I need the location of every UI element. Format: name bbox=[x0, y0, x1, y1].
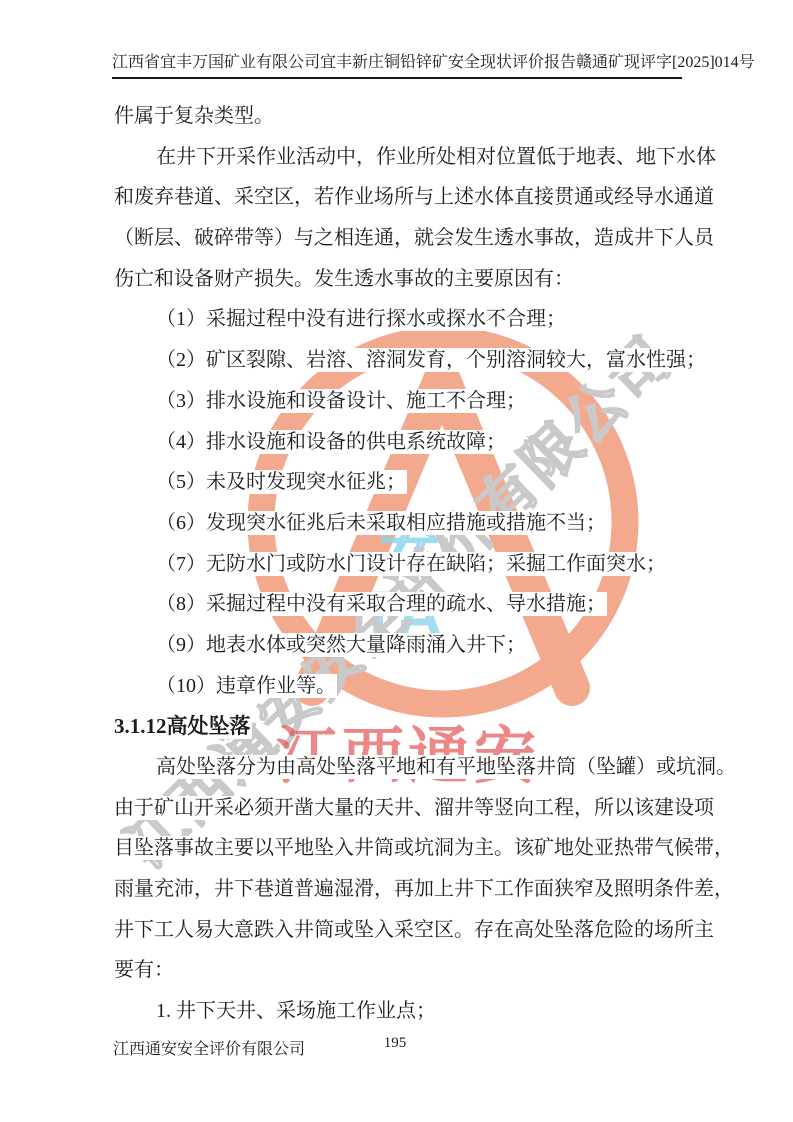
body-line: （断层、破碎带等）与之相连通，就会发生透水事故，造成井下人员 bbox=[113, 218, 681, 259]
body-line: 在井下开采作业活动中，作业所处相对位置低于地表、地下水体 bbox=[113, 137, 681, 178]
list-item-1: （1）采掘过程中没有进行探水或探水不合理； bbox=[113, 299, 681, 340]
page-header: 江西省宜丰万国矿业有限公司宜丰新庄铜铅锌矿安全现状评价报告 赣通矿现评字[202… bbox=[112, 54, 682, 79]
list-item-9: （9）地表水体或突然大量降雨涌入井下； bbox=[113, 625, 681, 666]
footer-company-name: 江西通安安全评价有限公司 bbox=[113, 1036, 305, 1059]
body-line: 目坠落事故主要以平地坠入井筒或坑洞为主。该矿地处亚热带气候带， bbox=[113, 828, 681, 869]
body-line: 高处坠落分为由高处坠落平地和有平地坠落井筒（坠罐）或坑洞。 bbox=[113, 747, 681, 788]
header-doc-number: 赣通矿现评字[2025]014号 bbox=[576, 54, 755, 72]
header-report-title: 江西省宜丰万国矿业有限公司宜丰新庄铜铅锌矿安全现状评价报告 bbox=[112, 54, 576, 72]
body-line: 件属于复杂类型。 bbox=[113, 96, 681, 137]
body-line: 和废弃巷道、采空区，若作业场所与上述水体直接贯通或经导水通道 bbox=[113, 177, 681, 218]
list-item-5: （5）未及时发现突水征兆； bbox=[113, 462, 681, 503]
body-line: 由于矿山开采必须开凿大量的天井、溜井等竖向工程，所以该建设项 bbox=[113, 788, 681, 829]
list-item-8: （8）采掘过程中没有采取合理的疏水、导水措施； bbox=[113, 584, 681, 625]
list-item-2: （2）矿区裂隙、岩溶、溶洞发育，个别溶洞较大，富水性强； bbox=[113, 340, 681, 381]
body-text: 件属于复杂类型。 在井下开采作业活动中，作业所处相对位置低于地表、地下水体 和废… bbox=[113, 96, 681, 1032]
body-line: 伤亡和设备财产损失。发生透水事故的主要原因有： bbox=[113, 259, 681, 300]
list-item-10: （10）违章作业等。 bbox=[113, 666, 681, 707]
body-line: 雨量充沛，井下巷道普遍湿滑，再加上井下工作面狭窄及照明条件差， bbox=[113, 869, 681, 910]
list-item-4: （4）排水设施和设备的供电系统故障； bbox=[113, 422, 681, 463]
section-heading-3-1-12: 3.1.12高处坠落 bbox=[113, 706, 681, 747]
page-number: 195 bbox=[365, 1035, 425, 1052]
document-page: 安 TA 江西通安安全评价有限公司 江西通安 江西省宜丰万国矿业有限公司宜丰新庄… bbox=[0, 0, 793, 1122]
list-item-7: （7）无防水门或防水门设计存在缺陷；采掘工作面突水； bbox=[113, 544, 681, 585]
numbered-point-1: 1. 井下天井、采场施工作业点； bbox=[113, 991, 681, 1032]
list-item-3: （3）排水设施和设备设计、施工不合理； bbox=[113, 381, 681, 422]
body-line: 井下工人易大意跌入井筒或坠入采空区。存在高处坠落危险的场所主 bbox=[113, 910, 681, 951]
body-line: 要有： bbox=[113, 950, 681, 991]
list-item-6: （6）发现突水征兆后未采取相应措施或措施不当； bbox=[113, 503, 681, 544]
